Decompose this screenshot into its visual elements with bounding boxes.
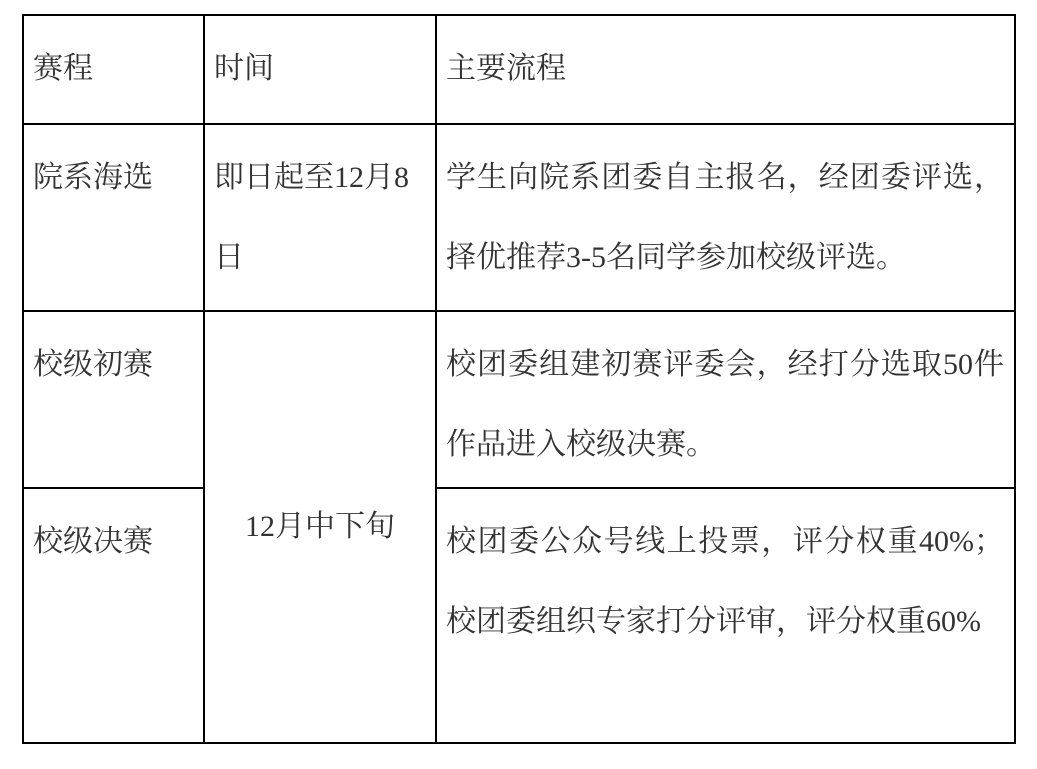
- cell-time-merged: 12月中下旬: [204, 311, 436, 743]
- table-row: 校级决赛 校团委公众号线上投票，评分权重40%；校团委组织专家打分评审，评分权重…: [23, 488, 1015, 743]
- cell-stage-school-final: 校级决赛: [23, 488, 204, 743]
- cell-process-school-final: 校团委公众号线上投票，评分权重40%；校团委组织专家打分评审，评分权重60%: [436, 488, 1015, 743]
- table-row: 校级初赛 12月中下旬 校团委组建初赛评委会，经打分选取50件作品进入校级决赛。: [23, 311, 1015, 488]
- cell-stage-departmental-audition: 院系海选: [23, 124, 204, 311]
- table-header-row: 赛程 时间 主要流程: [23, 15, 1015, 124]
- schedule-table: 赛程 时间 主要流程 院系海选 即日起至12月8日 学生向院系团委自主报名，经团…: [22, 14, 1016, 744]
- header-cell-stage: 赛程: [23, 15, 204, 124]
- header-cell-process: 主要流程: [436, 15, 1015, 124]
- table-row: 院系海选 即日起至12月8日 学生向院系团委自主报名，经团委评选，择优推荐3-5…: [23, 124, 1015, 311]
- cell-process-departmental-audition: 学生向院系团委自主报名，经团委评选，择优推荐3-5名同学参加校级评选。: [436, 124, 1015, 311]
- header-cell-time: 时间: [204, 15, 436, 124]
- cell-process-school-preliminary: 校团委组建初赛评委会，经打分选取50件作品进入校级决赛。: [436, 311, 1015, 488]
- cell-time-departmental-audition: 即日起至12月8日: [204, 124, 436, 311]
- cell-stage-school-preliminary: 校级初赛: [23, 311, 204, 488]
